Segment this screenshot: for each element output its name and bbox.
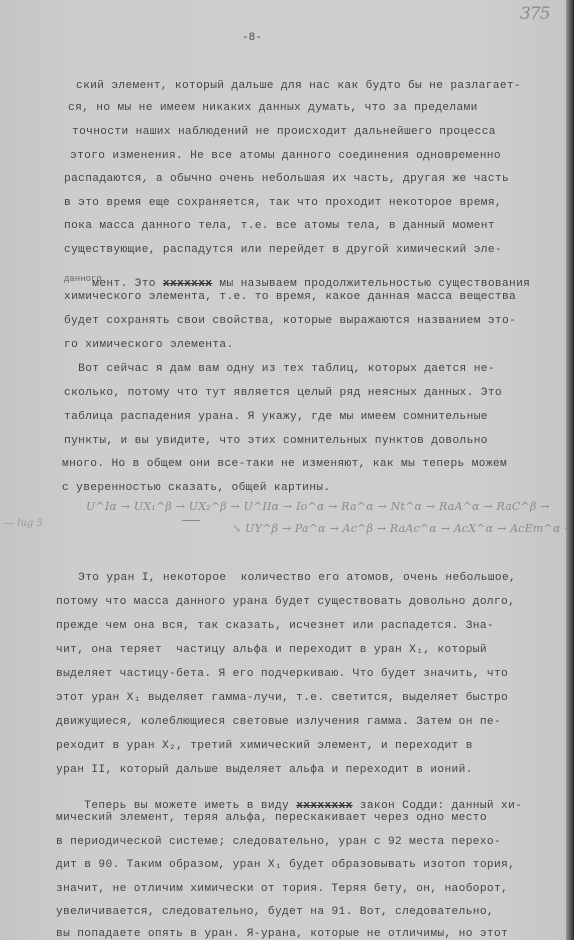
text-fragment: мы называем продолжительностью существов… [212, 278, 530, 290]
decay-chain-formula-row-2: ↘ UY^β → Pa^α → Ac^β → RaAc^α → AcX^α → … [232, 522, 574, 535]
text-fragment: мент. Это [92, 278, 163, 290]
decay-chain-formula-row-1: U^Iα → UX₁^β → UX₂^β → U^IIα → Io^α → Ra… [86, 500, 550, 513]
text-fragment: Теперь вы можете иметь в виду [84, 800, 296, 812]
text-line: пункты, и вы увидите, что этих сомнитель… [64, 435, 488, 447]
text-line: Вот сейчас я дам вам одну из тех таблиц,… [64, 363, 495, 375]
text-line: в это время еще сохраняется, так что про… [64, 197, 502, 209]
text-line: вы попадаете опять в уран. Я-урана, кото… [56, 928, 508, 940]
text-line: точности наших наблюдений не происходит … [72, 126, 496, 138]
text-fragment: закон Содди: данный хи- [353, 800, 523, 812]
text-line: распадаются, а обычно очень небольшая их… [64, 173, 509, 185]
text-line: прежде чем она вся, так сказать, исчезне… [56, 620, 494, 632]
text-line: движущиеся, колеблющиеся световые излуче… [56, 716, 501, 728]
text-line: дит в 90. Таким образом, уран X₁ будет о… [56, 859, 515, 871]
document-page: 375 -8- ский элемент, который дальше для… [0, 0, 566, 940]
text-line: пока масса данного тела, т.е. все атомы … [64, 220, 495, 232]
text-line: ский элемент, который дальше для нас как… [76, 80, 521, 92]
text-line: будет сохранять свои свойства, которые в… [64, 315, 516, 327]
text-line: много. Но в общем они все-таки не изменя… [62, 458, 507, 470]
text-line: мический элемент, теряя альфа, перескаки… [56, 812, 487, 824]
text-line: с уверенностью сказать, общей картины. [62, 482, 330, 494]
text-line: Это уран I, некоторое количество его ато… [64, 572, 516, 584]
text-line: чит, она теряет частицу альфа и переходи… [56, 644, 487, 656]
page-number: -8- [242, 32, 262, 44]
text-line: го химического элемента. [64, 339, 234, 351]
text-line: значит, не отличим химически от тория. Т… [56, 883, 508, 895]
struck-out-word: xxxxxxx [163, 278, 212, 290]
text-line: в периодической системе; следовательно, … [56, 836, 501, 848]
archive-folio-number: 375 [520, 4, 549, 24]
struck-out-word: xxxxxxxx [296, 800, 353, 812]
text-line: увеличивается, следовательно, будет на 9… [56, 906, 494, 918]
text-line: этого изменения. Не все атомы данного со… [70, 150, 501, 162]
text-line: потому что масса данного урана будет сущ… [56, 596, 515, 608]
text-line: этот уран X₁ выделяет гамма-лучи, т.е. с… [56, 692, 508, 704]
text-line: существующие, распадутся или перейдет в … [64, 244, 502, 256]
text-line: выделяет частицу-бета. Я его подчеркиваю… [56, 668, 508, 680]
text-line: сколько, потому что тут является целый р… [64, 387, 502, 399]
text-line: реходит в уран X₂, третий химический эле… [56, 740, 473, 752]
text-line: ся, но мы не имеем никаких данных думать… [68, 102, 478, 114]
formula-underline-mark [182, 520, 200, 521]
handwritten-insertion: данного [64, 274, 102, 284]
text-line: таблица распадения урана. Я укажу, где м… [64, 411, 488, 423]
scan-edge-shadow [566, 0, 574, 940]
text-line: химического элемента, т.е. то время, как… [64, 291, 516, 303]
margin-note: — lug 5 [4, 518, 43, 529]
text-line: уран II, который дальше выделяет альфа и… [56, 764, 473, 776]
